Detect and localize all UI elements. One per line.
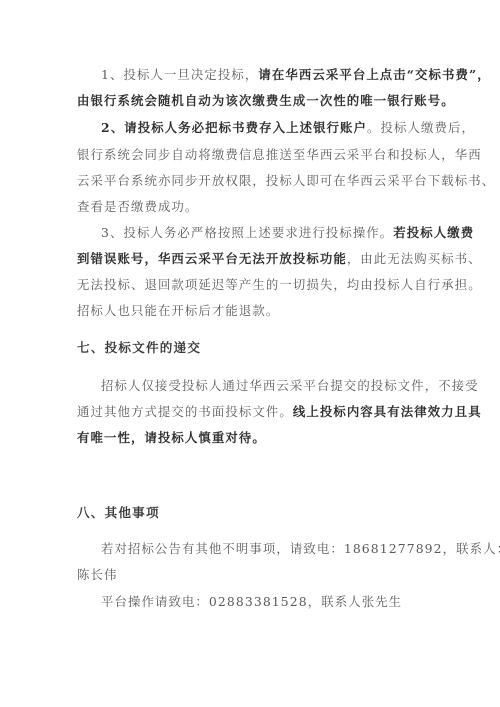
item2-bold-text: 2、请投标人务必把标书费存入上述银行账户 bbox=[101, 120, 367, 135]
section8-heading: 八、其他事项 bbox=[77, 505, 427, 521]
section7-heading: 七、投标文件的递交 bbox=[77, 340, 427, 356]
item3-line3: 无法投标、退回款项延迟等产生的一切损失，均由投标人自行承担。 bbox=[77, 277, 427, 293]
item2-line2: 银行系统会同步自动将缴费信息推送至华西云采平台和投标人，华西 bbox=[77, 147, 427, 163]
section7-line2-text: 通过其他方式提交的书面投标文件。 bbox=[77, 404, 293, 419]
section7-line1: 招标人仅接受投标人通过华西云采平台提交的投标文件，不接受 bbox=[101, 378, 427, 394]
item3-line2-text: ，由此无法购买标书、 bbox=[347, 251, 482, 266]
item1-bold-text: 请在华西云采平台上点击“交标书费”， bbox=[258, 67, 490, 82]
item3-line1: 3、投标人务必严格按照上述要求进行投标操作。若投标人缴费 bbox=[101, 225, 427, 241]
item3-line2: 到错误账号，华西云采平台无法开放投标功能，由此无法购买标书、 bbox=[77, 251, 427, 267]
item3-bold-text: 若投标人缴费 bbox=[393, 225, 474, 240]
section8-line3: 平台操作请致电：02883381528，联系人张先生 bbox=[101, 594, 427, 610]
section7-line2-bold: 线上投标内容具有法律效力且具 bbox=[293, 404, 482, 419]
item3-text: 3、投标人务必严格按照上述要求进行投标操作。 bbox=[101, 225, 393, 240]
item3-line2-bold: 到错误账号，华西云采平台无法开放投标功能 bbox=[77, 251, 347, 266]
section7-line3: 有唯一性，请投标人慎重对待。 bbox=[77, 430, 427, 446]
section8-line1: 若对招标公告有其他不明事项，请致电：18681277892，联系人： bbox=[101, 541, 427, 557]
item1-text: 1、投标人一旦决定投标， bbox=[101, 67, 258, 82]
section8-line2: 陈长伟 bbox=[77, 567, 427, 583]
item1-line2: 由银行系统会随机自动为该次缴费生成一次性的唯一银行账号。 bbox=[77, 93, 427, 109]
item3-line4: 招标人也只能在开标后才能退款。 bbox=[77, 303, 427, 319]
item2-line1: 2、请投标人务必把标书费存入上述银行账户。投标人缴费后， bbox=[101, 120, 427, 136]
document-page: 1、投标人一旦决定投标，请在华西云采平台上点击“交标书费”， 由银行系统会随机自… bbox=[0, 0, 500, 707]
item2-line4: 查看是否缴费成功。 bbox=[77, 199, 427, 215]
item2-text: 。投标人缴费后， bbox=[367, 120, 475, 135]
item1-line1: 1、投标人一旦决定投标，请在华西云采平台上点击“交标书费”， bbox=[101, 67, 427, 83]
section7-line2: 通过其他方式提交的书面投标文件。线上投标内容具有法律效力且具 bbox=[77, 404, 427, 420]
item2-line3: 云采平台系统亦同步开放权限，投标人即可在华西云采平台下载标书、 bbox=[77, 173, 427, 189]
